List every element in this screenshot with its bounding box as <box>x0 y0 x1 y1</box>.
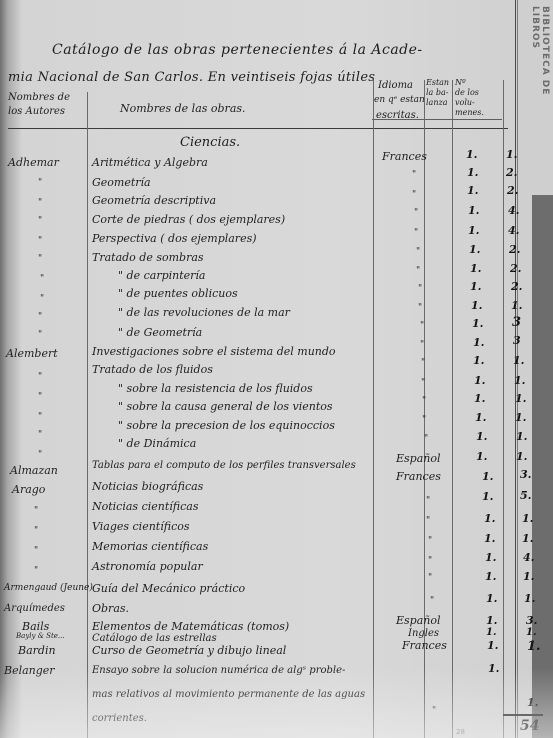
row-col-b: 1. <box>524 592 535 605</box>
row-work: " sobre la precesion de los equinoccios <box>118 419 335 432</box>
row-col-a: 1. <box>468 224 479 237</box>
row-work: " de Geometría <box>118 326 202 339</box>
row-col-a: 1. <box>470 280 481 293</box>
row-author: Adhemar <box>8 156 59 169</box>
row-author: " <box>34 566 38 576</box>
row-language: " <box>418 284 422 294</box>
row-work: Guía del Mecánico práctico <box>92 582 245 595</box>
row-language: " <box>428 556 432 566</box>
row-col-b: 1. <box>515 411 526 424</box>
row-col-b: 3. <box>526 614 537 627</box>
row-author: Arago <box>12 483 45 496</box>
row-work: Geometría <box>92 176 151 189</box>
row-col-b: 1. <box>522 532 533 545</box>
row-col-a: 1. <box>486 627 496 638</box>
row-col-a: 1. <box>485 570 496 583</box>
row-author: " <box>38 412 42 422</box>
header-volume-count: Nº de los volu- menes. <box>455 78 484 118</box>
row-author: Bardin <box>18 644 56 657</box>
title-line-1: Catálogo de las obras pertenecientes á l… <box>52 44 423 57</box>
row-col-b: 2. <box>511 280 522 293</box>
row-work: " sobre la resistencia de los fluidos <box>118 382 313 395</box>
row-col-b: 3 <box>513 334 521 347</box>
header-works: Nombres de las obras. <box>120 103 246 114</box>
header-volumes-in: Estan la ba- lanza <box>426 78 449 108</box>
row-language: " <box>430 596 434 606</box>
row-col-b: 1. <box>516 450 527 463</box>
row-work: Viages científicos <box>92 520 190 533</box>
row-author: Alembert <box>6 347 58 360</box>
row-language: " <box>420 340 424 350</box>
row-language: " <box>416 266 420 276</box>
row-language: Frances <box>402 639 447 652</box>
row-col-b: 4. <box>523 551 534 564</box>
row-language: " <box>418 303 422 313</box>
row-col-a: 1. <box>486 614 497 627</box>
row-work: Astronomía popular <box>92 560 203 573</box>
row-language: Frances <box>396 470 441 483</box>
row-col-b: 2. <box>509 243 520 256</box>
row-language: " <box>426 496 430 506</box>
row-col-b: 5. <box>520 489 531 502</box>
row-col-a: 1. <box>470 262 481 275</box>
row-language: " <box>428 536 432 546</box>
ledger-page: BIBLIOTECA DE LIBROS Catálogo de las obr… <box>0 0 553 738</box>
row-work: " de las revoluciones de la mar <box>118 306 290 319</box>
row-author: " <box>38 392 42 402</box>
row-col-b: 1. <box>515 392 526 405</box>
row-work: Tratado de los fluidos <box>92 363 213 376</box>
header-subrule <box>372 119 502 120</box>
row-col-a: 1. <box>467 166 478 179</box>
row-language: " <box>422 415 426 425</box>
row-work: Tratado de sombras <box>92 251 204 264</box>
row-col-a: 1. <box>473 336 484 349</box>
row-language: " <box>421 378 425 388</box>
row-author: " <box>38 236 42 246</box>
row-author: " <box>38 312 42 322</box>
row-author: " <box>40 294 44 304</box>
row-language: Frances <box>382 150 427 163</box>
row-col-b: 4. <box>508 224 519 237</box>
row-work: " sobre la causa general de los vientos <box>118 400 333 413</box>
header-language-2: en qᵉ estan <box>374 95 425 106</box>
row-col-a: 1. <box>466 148 477 161</box>
row-col-a: 1. <box>476 430 487 443</box>
row-col-a: 1. <box>474 374 485 387</box>
row-col-a: 1. <box>468 204 479 217</box>
row-language: " <box>414 208 418 218</box>
row-col-b: 4. <box>508 204 519 217</box>
row-work: Perspectiva ( dos ejemplares) <box>92 232 257 245</box>
row-language: " <box>412 170 416 180</box>
row-col-a: 1. <box>476 450 487 463</box>
row-author: " <box>34 506 38 516</box>
row-language: " <box>420 321 424 331</box>
row-work: Noticias biográficas <box>92 480 203 493</box>
row-author: " <box>40 274 44 284</box>
row-col-b: 1. <box>527 639 541 654</box>
row-col-a: 1. <box>482 470 493 483</box>
paper-fade <box>0 668 553 738</box>
row-author: Almazan <box>10 464 58 477</box>
row-work: " de puentes oblicuos <box>118 287 238 300</box>
row-language: " <box>414 228 418 238</box>
row-author: " <box>34 546 38 556</box>
row-author: " <box>38 450 42 460</box>
row-language: Español <box>396 452 441 465</box>
row-language: " <box>422 396 426 406</box>
row-work: Aritmética y Algebra <box>92 156 208 169</box>
row-col-b: 1. <box>511 299 522 312</box>
column-divider-authors <box>87 92 88 738</box>
row-work: Memorias científicas <box>92 540 208 553</box>
header-rule <box>8 128 508 129</box>
row-author: " <box>38 216 42 226</box>
header-authors-2: los Autores <box>8 106 65 117</box>
title-line-2: mia Nacional de San Carlos. En veintisei… <box>8 71 375 84</box>
row-work: Investigaciones sobre el sistema del mun… <box>92 345 336 358</box>
row-language: " <box>416 247 420 257</box>
row-col-a: 1. <box>471 299 482 312</box>
row-col-b: 1. <box>526 627 536 638</box>
row-work: Geometría descriptiva <box>92 194 216 207</box>
header-language-1: Idioma <box>378 80 413 91</box>
row-author: " <box>38 330 42 340</box>
row-language: " <box>428 573 432 583</box>
row-col-a: 1. <box>486 592 497 605</box>
row-language: " <box>412 190 416 200</box>
row-col-a: 1. <box>484 532 495 545</box>
row-col-a: 1. <box>475 411 486 424</box>
row-col-a: 1. <box>487 639 498 652</box>
row-work: Tablas para el computo de los perfiles t… <box>92 459 356 472</box>
page-edge-line <box>515 0 516 738</box>
library-stamp: BIBLIOTECA DE LIBROS <box>530 6 550 126</box>
row-col-a: 1. <box>469 243 480 256</box>
row-work: Noticias científicas <box>92 500 198 513</box>
row-work: Corte de piedras ( dos ejemplares) <box>92 213 285 226</box>
column-divider-works <box>373 80 374 738</box>
row-language: Español <box>396 614 441 627</box>
row-col-b: 1. <box>514 374 525 387</box>
row-author: " <box>38 430 42 440</box>
row-col-a: 1. <box>472 317 483 330</box>
row-author: Armengaud (Jeune) <box>4 582 93 595</box>
row-work: " de carpintería <box>118 269 206 282</box>
row-author: " <box>38 198 42 208</box>
row-col-b: 2. <box>506 166 517 179</box>
row-col-b: 3 <box>512 315 521 330</box>
row-col-a: 1. <box>482 490 493 503</box>
row-work: Curso de Geometría y dibujo lineal <box>92 644 286 657</box>
row-author: Bayly & Ste... <box>16 632 65 641</box>
row-col-b: 2. <box>510 262 521 275</box>
row-col-a: 1. <box>473 354 484 367</box>
row-col-a: 1. <box>484 512 495 525</box>
row-col-a: 1. <box>467 184 478 197</box>
header-authors-1: Nombres de <box>8 92 70 103</box>
row-author: " <box>34 526 38 536</box>
row-col-b: 1. <box>506 148 517 161</box>
row-col-b: 1. <box>513 354 524 367</box>
background-shadow <box>532 195 553 738</box>
row-col-b: 1. <box>523 570 534 583</box>
row-author: " <box>38 372 42 382</box>
row-work: " de Dinámica <box>118 437 196 450</box>
row-col-a: 1. <box>485 551 496 564</box>
column-divider-volumes-in <box>452 80 453 738</box>
column-divider-count <box>503 80 504 738</box>
row-author: Arquímedes <box>4 602 65 615</box>
row-col-b: 1. <box>516 430 527 443</box>
section-heading: Ciencias. <box>180 136 240 149</box>
row-work: Obras. <box>92 602 129 615</box>
row-author: " <box>38 178 42 188</box>
row-col-b: 1. <box>522 512 533 525</box>
row-language: " <box>421 358 425 368</box>
row-col-b: 3. <box>520 468 531 481</box>
row-language: " <box>424 434 428 444</box>
row-language: " <box>426 516 430 526</box>
row-col-a: 1. <box>474 392 485 405</box>
row-author: " <box>38 254 42 264</box>
row-col-b: 2. <box>507 184 518 197</box>
